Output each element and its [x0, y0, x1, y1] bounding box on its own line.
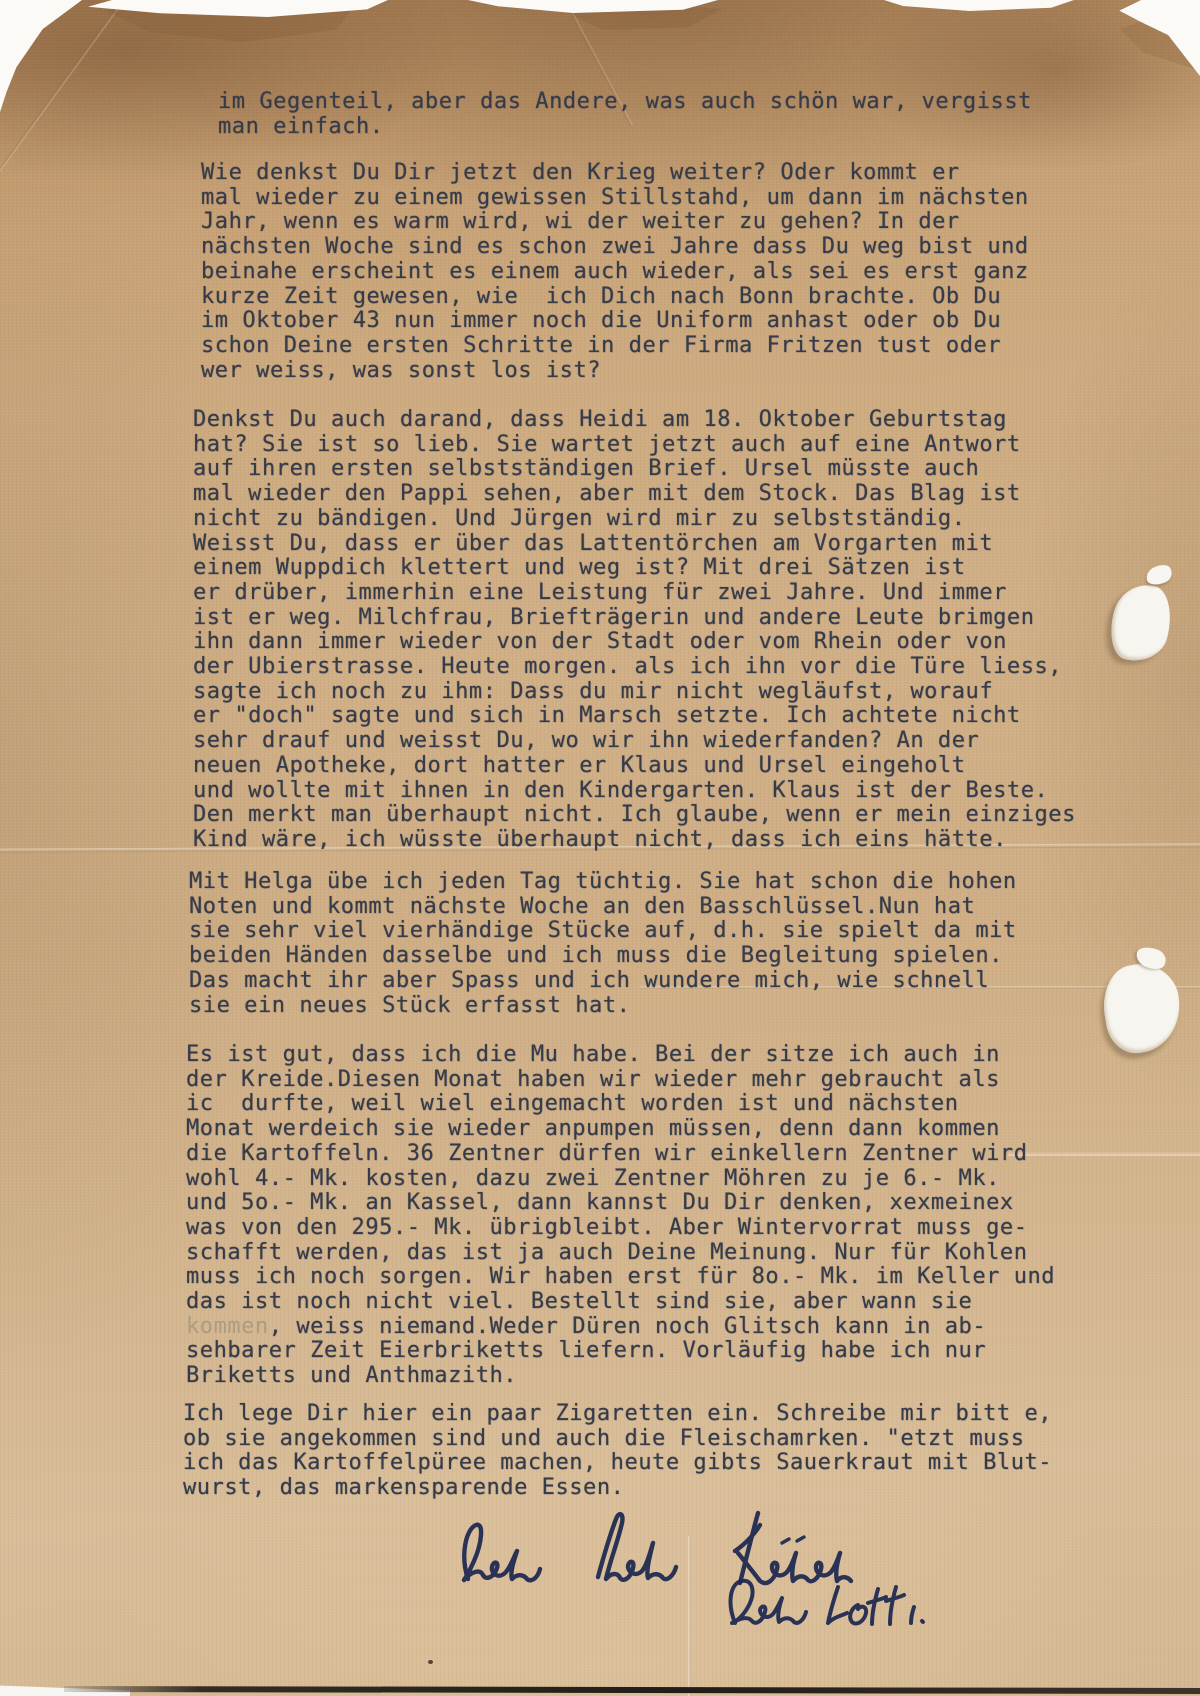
letter-line: beiden Händen dasselbe und ich muss die … [189, 944, 1017, 969]
letter-line: der Kreide.Diesen Monat haben wir wieder… [186, 1068, 1055, 1093]
signature-umlaut-dots [782, 1537, 804, 1543]
letter-line: die Kartoffeln. 36 Zentner dürfen wir ei… [186, 1142, 1055, 1167]
letter-line: Monat werdeich sie wieder anpumpen müsse… [186, 1117, 1055, 1142]
letter-line: wer weiss, was sonst los ist? [201, 359, 1029, 384]
letter-line: neuen Apotheke, dort hatter er Klaus und… [193, 754, 1076, 779]
letter-line: mal wieder den Pappi sehen, aber mit dem… [193, 482, 1076, 507]
letter-line: kurze Zeit gewesen, wie ich Dich nach Bo… [201, 285, 1029, 310]
letter-line: und wollte mit ihnen in den Kindergarten… [193, 779, 1076, 804]
letter-line: Jahr, wenn es warm wird, wi der weiter z… [201, 210, 1029, 235]
signature-word-viele [464, 1525, 540, 1581]
letter-line: ob sie angekommen sind und auch die Flei… [183, 1427, 1052, 1452]
letter-line: das ist noch nicht viel. Bestellt sind s… [186, 1290, 1055, 1315]
letter-line: auf ihren ersten selbstständigen Brief. … [193, 457, 1076, 482]
scanned-letter-page: im Gegenteil, aber das Andere, was auch … [0, 0, 1200, 1696]
faded-word: kommen [186, 1314, 269, 1339]
letter-line: Es ist gut, dass ich die Mu habe. Bei de… [186, 1043, 1055, 1068]
signature-word-kuesse [735, 1513, 851, 1583]
letter-line: ich das Kartoffelpüree machen, heute gib… [183, 1451, 1052, 1476]
letter-line: sie ein neues Stück erfasst hat. [189, 994, 1017, 1019]
letter-line: Das macht ihr aber Spass und ich wundere… [189, 969, 1017, 994]
letter-line: im Oktober 43 nun immer noch die Uniform… [201, 309, 1029, 334]
letter-line: ist er weg. Milchfrau, Briefträgerin und… [193, 606, 1076, 631]
letter-line: Wie denkst Du Dir jetzt den Krieg weiter… [201, 161, 1029, 186]
paragraph-3: Denkst Du auch darand, dass Heidi am 18.… [193, 408, 1076, 853]
handwritten-signature [430, 1495, 970, 1665]
letter-line: Weisst Du, dass er über das Lattentörche… [193, 532, 1076, 557]
letter-body: im Gegenteil, aber das Andere, was auch … [0, 0, 1200, 1696]
letter-line: einem Wuppdich klettert und weg ist? Mit… [193, 556, 1076, 581]
letter-line: muss ich noch sorgen. Wir haben erst für… [186, 1265, 1055, 1290]
letter-line: ic durfte, weil wiel eingemacht worden i… [186, 1092, 1055, 1117]
paragraph-4: Mit Helga übe ich jeden Tag tüchtig. Sie… [189, 870, 1017, 1018]
letter-line: sehbarer Zeit Eierbriketts liefern. Vorl… [186, 1339, 1055, 1364]
letter-line: man einfach. [218, 115, 1032, 140]
paragraph-1: im Gegenteil, aber das Andere, was auch … [218, 90, 1032, 139]
letter-line: und 5o.- Mk. an Kassel, dann kannst Du D… [186, 1191, 1055, 1216]
letter-line: er drüber, immerhin eine Leistung für zw… [193, 581, 1076, 606]
signature-word-liebe [598, 1514, 676, 1580]
letter-line: Mit Helga übe ich jeden Tag tüchtig. Sie… [189, 870, 1017, 895]
paragraph-5: Es ist gut, dass ich die Mu habe. Bei de… [186, 1043, 1055, 1389]
letter-line: ihn dann immer wieder von der Stadt oder… [193, 630, 1076, 655]
letter-line: Briketts und Anthmazith. [186, 1364, 1055, 1389]
letter-line: hat? Sie ist so lieb. Sie wartet jetzt a… [193, 433, 1076, 458]
letter-line: beinahe erscheint es einem auch wieder, … [201, 260, 1029, 285]
letter-line: Denkst Du auch darand, dass Heidi am 18.… [193, 408, 1076, 433]
letter-line: sagte ich noch zu ihm: Dass du mir nicht… [193, 680, 1076, 705]
letter-line: Den merkt man überhaupt nicht. Ich glaub… [193, 803, 1076, 828]
letter-line: wohl 4.- Mk. kosten, dazu zwei Zentner M… [186, 1167, 1055, 1192]
letter-line: Noten und kommt nächste Woche an den Bas… [189, 895, 1017, 920]
letter-line: im Gegenteil, aber das Andere, was auch … [218, 90, 1032, 115]
letter-line: sie sehr viel vierhändige Stücke auf, d.… [189, 919, 1017, 944]
letter-line: der Ubierstrasse. Heute morgen. als ich … [193, 655, 1076, 680]
letter-line: schon Deine ersten Schritte in der Firma… [201, 334, 1029, 359]
letter-line: Ich lege Dir hier ein paar Zigaretten ei… [183, 1402, 1052, 1427]
paragraph-6: Ich lege Dir hier ein paar Zigaretten ei… [183, 1402, 1052, 1501]
letter-line: sehr drauf und weisst Du, wo wir ihn wie… [193, 729, 1076, 754]
letter-line: Kind wäre, ich wüsste überhaupt nicht, d… [193, 828, 1076, 853]
signature-word-lotti [828, 1587, 923, 1624]
letter-line: er "doch" sagte und sich in Marsch setzt… [193, 704, 1076, 729]
letter-line: nicht zu bändigen. Und Jürgen wird mir z… [193, 507, 1076, 532]
letter-line: schafft werden, das ist ja auch Deine Me… [186, 1241, 1055, 1266]
letter-line: nächsten Woche sind es schon zwei Jahre … [201, 235, 1029, 260]
letter-line: kommen, weiss niemand.Weder Düren noch G… [186, 1315, 1055, 1340]
paragraph-2: Wie denkst Du Dir jetzt den Krieg weiter… [201, 161, 1029, 383]
letter-line: mal wieder zu einem gewissen Stillstahd,… [201, 186, 1029, 211]
letter-line: was von den 295.- Mk. übrigbleibt. Aber … [186, 1216, 1055, 1241]
signature-word-deine [731, 1581, 806, 1623]
